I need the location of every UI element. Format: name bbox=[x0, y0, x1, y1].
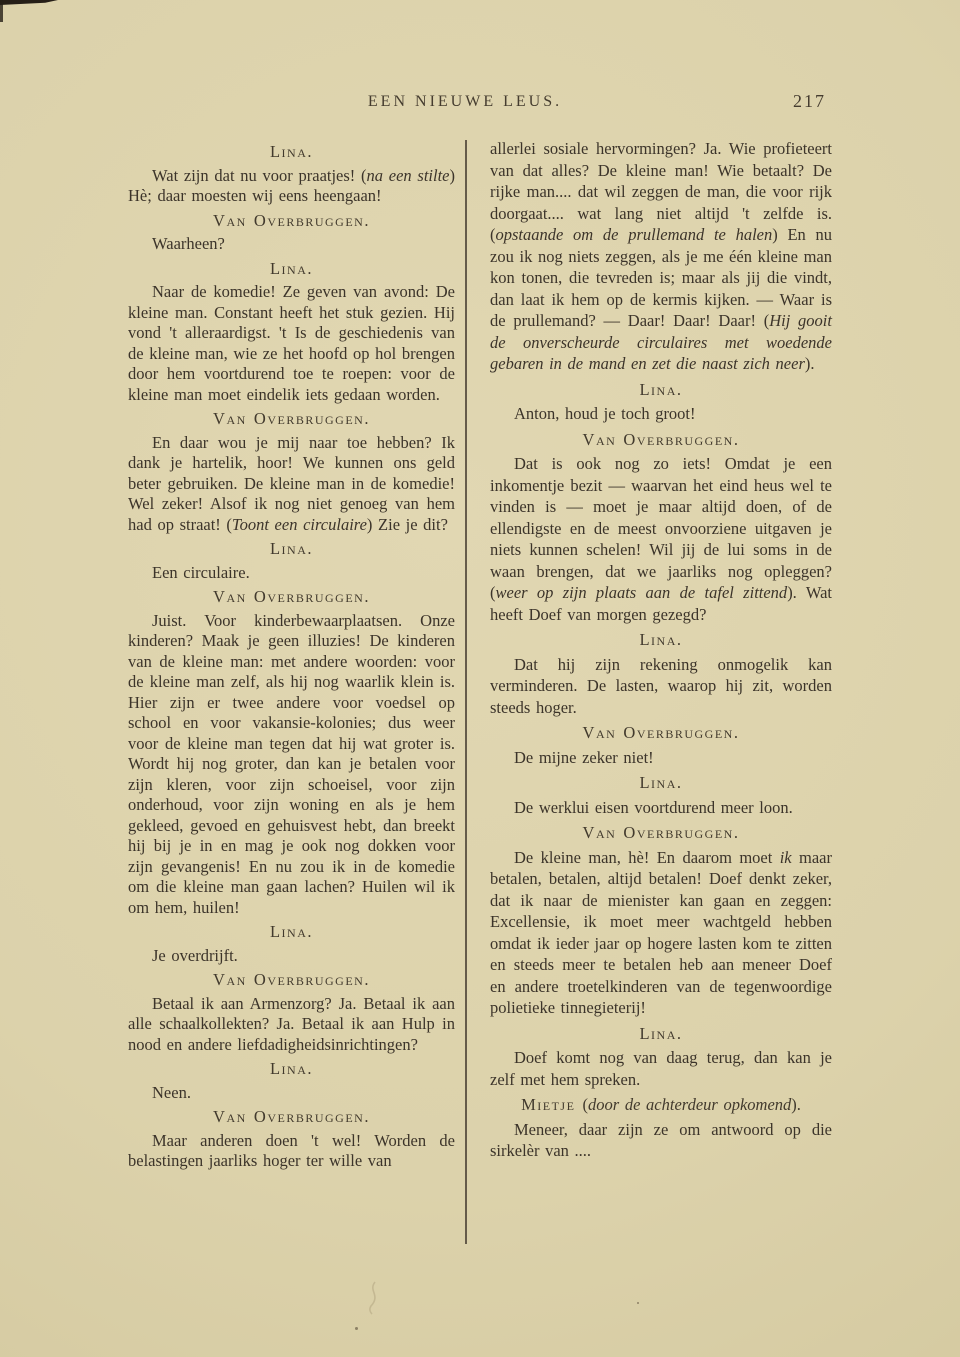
speaker-name: Lina. bbox=[639, 1024, 682, 1043]
dialogue-text: Een circulaire. bbox=[152, 563, 250, 582]
dialogue-paragraph: Neen. bbox=[128, 1083, 455, 1104]
page-number: 217 bbox=[793, 91, 826, 112]
stage-direction: weer op zijn plaats aan de tafel zittend bbox=[496, 583, 788, 602]
dialogue-paragraph: Een circulaire. bbox=[128, 563, 455, 584]
dialogue-paragraph: De werklui eisen voortdurend meer loon. bbox=[490, 797, 832, 819]
dialogue-text: ). bbox=[791, 1095, 801, 1114]
dialogue-paragraph: Doef komt nog van daag terug, dan kan je… bbox=[490, 1047, 832, 1090]
dialogue-text: ) Zie je dit? bbox=[367, 515, 448, 534]
book-page-scan: EEN NIEUWE LEUS. 217 Lina.Wat zijn dat n… bbox=[0, 0, 960, 1357]
dialogue-paragraph: Waarheen? bbox=[128, 234, 455, 255]
dialogue-text: De werklui eisen voortdurend meer loon. bbox=[514, 798, 793, 817]
dialogue-text: Dat is ook nog zo iets! Omdat je een ink… bbox=[490, 454, 832, 602]
speaker-name: Van Overbruggen. bbox=[213, 1107, 370, 1126]
dialogue-text: De kleine man, hè! En daarom moet bbox=[514, 848, 780, 867]
speaker-heading: Van Overbruggen. bbox=[128, 970, 455, 991]
paper-speck bbox=[355, 1327, 358, 1330]
dialogue-paragraph: allerlei sosiale hervormingen? Ja. Wie p… bbox=[490, 138, 832, 375]
stage-direction: opstaande om de prullemand te halen bbox=[496, 225, 773, 244]
dialogue-paragraph: En daar wou je mij naar toe hebben? Ik d… bbox=[128, 433, 455, 536]
dialogue-text: maar betalen, betalen, altijd betalen! D… bbox=[490, 848, 832, 1018]
speaker-name: Van Overbruggen. bbox=[583, 723, 740, 742]
dialogue-paragraph: Naar de komedie! Ze geven van avond: De … bbox=[128, 282, 455, 405]
column-divider-rule bbox=[465, 140, 467, 1244]
dialogue-paragraph: Maar anderen doen 't wel! Worden de bela… bbox=[128, 1131, 455, 1172]
speaker-heading: Van Overbruggen. bbox=[490, 822, 832, 844]
running-head-title: EEN NIEUWE LEUS. bbox=[15, 93, 915, 111]
speaker-heading: Van Overbruggen. bbox=[128, 211, 455, 232]
speaker-heading: Van Overbruggen. bbox=[128, 409, 455, 430]
speaker-heading: Van Overbruggen. bbox=[490, 429, 832, 451]
dialogue-text: Dat hij zijn rekening onmogelik kan verm… bbox=[490, 655, 832, 717]
dialogue-paragraph: Dat is ook nog zo iets! Omdat je een ink… bbox=[490, 453, 832, 625]
dialogue-text: Naar de komedie! Ze geven van avond: De … bbox=[128, 282, 455, 404]
speaker-heading: Lina. bbox=[490, 772, 832, 794]
dialogue-paragraph: Anton, houd je toch groot! bbox=[490, 403, 832, 425]
speaker-name: Lina. bbox=[639, 380, 682, 399]
speaker-heading: Lina. bbox=[128, 142, 455, 163]
dialogue-text: De mijne zeker niet! bbox=[514, 748, 654, 767]
speaker-name: Lina. bbox=[639, 773, 682, 792]
dialogue-text: Je overdrijft. bbox=[152, 946, 238, 965]
dialogue-paragraph: De mijne zeker niet! bbox=[490, 747, 832, 769]
dialogue-text: Doef komt nog van daag terug, dan kan je… bbox=[490, 1048, 832, 1089]
stage-direction: Toont een circulaire bbox=[232, 515, 367, 534]
scan-edge-artifact bbox=[0, 0, 58, 5]
dialogue-paragraph: Juist. Voor kinderbewaarplaatsen. Onze k… bbox=[128, 611, 455, 919]
dialogue-paragraph: Meneer, daar zijn ze om antwoord op die … bbox=[490, 1119, 832, 1162]
speaker-heading: Lina. bbox=[490, 379, 832, 401]
dialogue-text: ). bbox=[805, 354, 815, 373]
speaker-heading: Lina. bbox=[490, 629, 832, 651]
dialogue-paragraph: Je overdrijft. bbox=[128, 946, 455, 967]
speaker-heading: Van Overbruggen. bbox=[128, 1107, 455, 1128]
stage-direction: door de achterdeur opkomend bbox=[588, 1095, 791, 1114]
dialogue-text: Anton, houd je toch groot! bbox=[514, 404, 696, 423]
speaker-name: Lina. bbox=[270, 922, 313, 941]
speaker-name: Van Overbruggen. bbox=[213, 587, 370, 606]
speaker-name: Van Overbruggen. bbox=[213, 970, 370, 989]
dialogue-text: Waarheen? bbox=[152, 234, 225, 253]
dialogue-text: Wat zijn dat nu voor praatjes! ( bbox=[152, 166, 367, 185]
dialogue-paragraph: Betaal ik aan Armenzorg? Ja. Betaal ik a… bbox=[128, 994, 455, 1056]
dialogue-paragraph: Dat hij zijn rekening onmogelik kan verm… bbox=[490, 654, 832, 719]
paper-speck bbox=[637, 1302, 639, 1304]
speaker-heading: Lina. bbox=[128, 922, 455, 943]
dialogue-text: Neen. bbox=[152, 1083, 191, 1102]
speaker-heading: Lina. bbox=[128, 1059, 455, 1080]
speaker-name: Van Overbruggen. bbox=[213, 409, 370, 428]
dialogue-text: Maar anderen doen 't wel! Worden de bela… bbox=[128, 1131, 455, 1171]
dialogue-text: Juist. Voor kinderbewaarplaatsen. Onze k… bbox=[128, 611, 455, 917]
stage-direction: ik bbox=[780, 848, 792, 867]
speaker-name: Van Overbruggen. bbox=[213, 211, 370, 230]
speaker-name: Lina. bbox=[270, 259, 313, 278]
speaker-name: Mietje bbox=[521, 1095, 582, 1114]
speaker-name: Van Overbruggen. bbox=[583, 430, 740, 449]
scan-edge-artifact bbox=[0, 0, 3, 22]
speaker-name: Lina. bbox=[270, 1059, 313, 1078]
speaker-name: Lina. bbox=[270, 142, 313, 161]
text-column-right: allerlei sosiale hervormingen? Ja. Wie p… bbox=[490, 138, 832, 1162]
pen-mark-artifact bbox=[362, 1280, 386, 1316]
dialogue-paragraph: De kleine man, hè! En daarom moet ik maa… bbox=[490, 847, 832, 1019]
speaker-heading: Van Overbruggen. bbox=[490, 722, 832, 744]
speaker-heading: Mietje (door de achterdeur opkomend). bbox=[490, 1094, 832, 1116]
speaker-heading: Lina. bbox=[490, 1023, 832, 1045]
speaker-heading: Van Overbruggen. bbox=[128, 587, 455, 608]
dialogue-paragraph: Wat zijn dat nu voor praatjes! (na een s… bbox=[128, 166, 455, 207]
text-column-left: Lina.Wat zijn dat nu voor praatjes! (na … bbox=[128, 138, 455, 1172]
dialogue-text: Betaal ik aan Armenzorg? Ja. Betaal ik a… bbox=[128, 994, 455, 1054]
speaker-heading: Lina. bbox=[128, 259, 455, 280]
speaker-name: Van Overbruggen. bbox=[583, 823, 740, 842]
dialogue-text: Meneer, daar zijn ze om antwoord op die … bbox=[490, 1120, 832, 1161]
speaker-heading: Lina. bbox=[128, 539, 455, 560]
stage-direction: na een stilte bbox=[367, 166, 450, 185]
speaker-name: Lina. bbox=[639, 630, 682, 649]
speaker-name: Lina. bbox=[270, 539, 313, 558]
